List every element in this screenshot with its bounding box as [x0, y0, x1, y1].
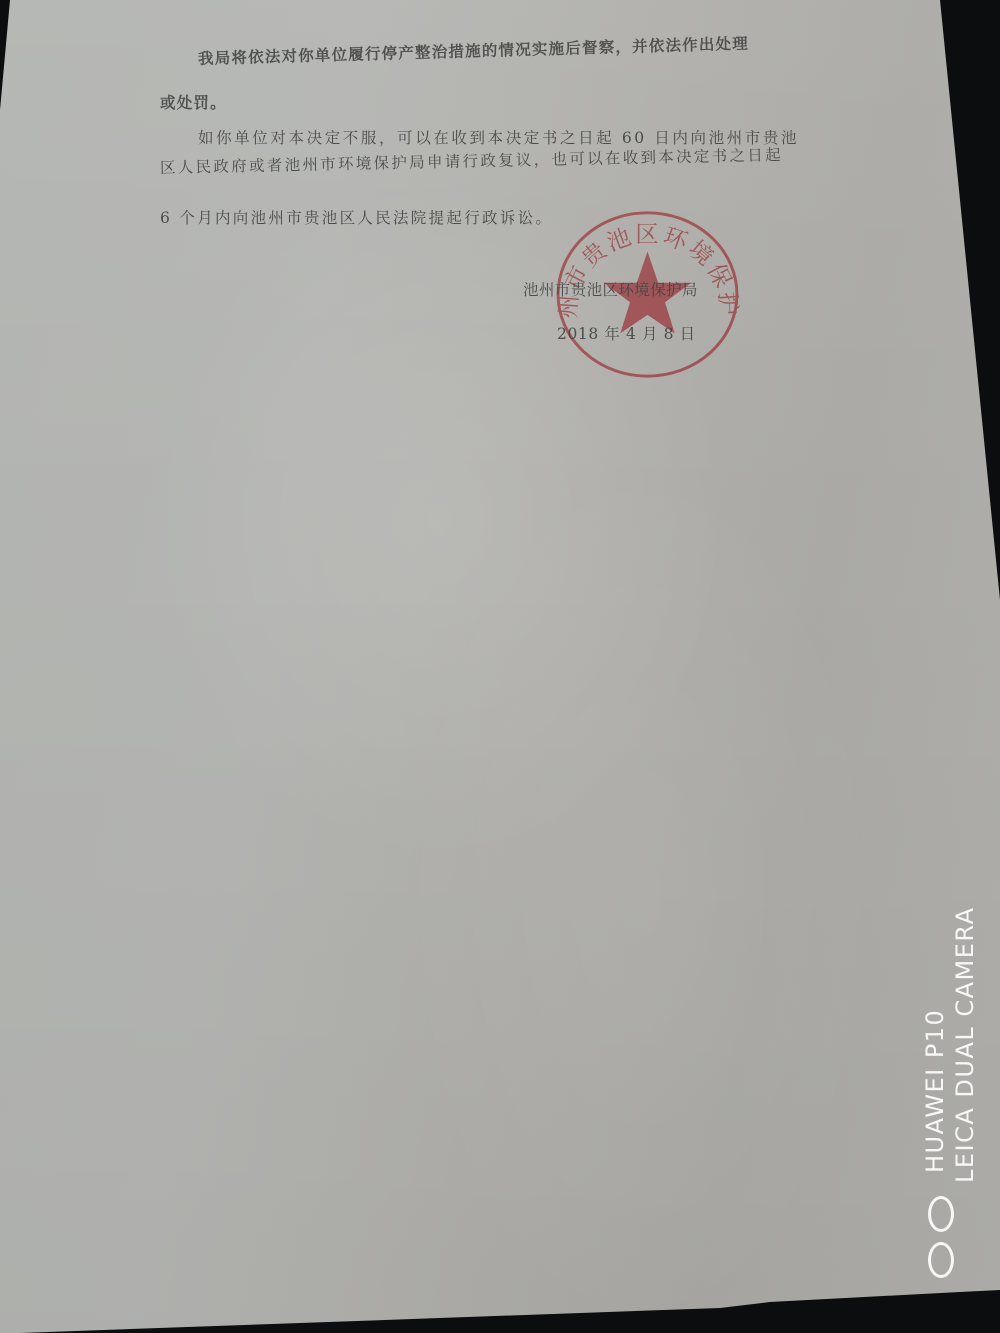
camera-watermark: HUAWEI P10 LEICA DUAL CAMERA — [912, 848, 992, 1288]
leica-ring-icon — [928, 1242, 954, 1278]
body-paragraph-2-line-3: 6 个月内向池州市贵池区人民法院提起行政诉讼。 — [160, 206, 553, 228]
seal-text: 池州市贵池区环境保护局 — [550, 205, 743, 319]
body-paragraph-1-line-1: 我局将依法对你单位履行停产整治措施的情况实施后督察，并依法作出处理 — [198, 32, 750, 69]
official-seal: 池州市贵池区环境保护局 — [550, 205, 745, 380]
star-icon — [604, 252, 692, 334]
watermark-model: HUAWEI P10 — [923, 1009, 947, 1173]
body-paragraph-2-line-1: 如你单位对本决定不服，可以在收到本决定书之日起 60 日内向池州市贵池 — [198, 126, 799, 148]
body-paragraph-1-line-2: 或处罚。 — [160, 91, 227, 113]
issue-date: 2018 年 4 月 8 日 — [557, 322, 696, 344]
body-paragraph-2-line-2: 区人民政府或者池州市环境保护局申请行政复议，也可以在收到本决定书之日起 — [160, 143, 783, 178]
watermark-camera: LEICA DUAL CAMERA — [953, 906, 977, 1183]
issuer-name: 池州市贵池区环境保护局 — [523, 278, 698, 300]
leica-ring-icon — [928, 1196, 954, 1232]
document-page: 我局将依法对你单位履行停产整治措施的情况实施后督察，并依法作出处理 或处罚。 如… — [0, 0, 1000, 1333]
